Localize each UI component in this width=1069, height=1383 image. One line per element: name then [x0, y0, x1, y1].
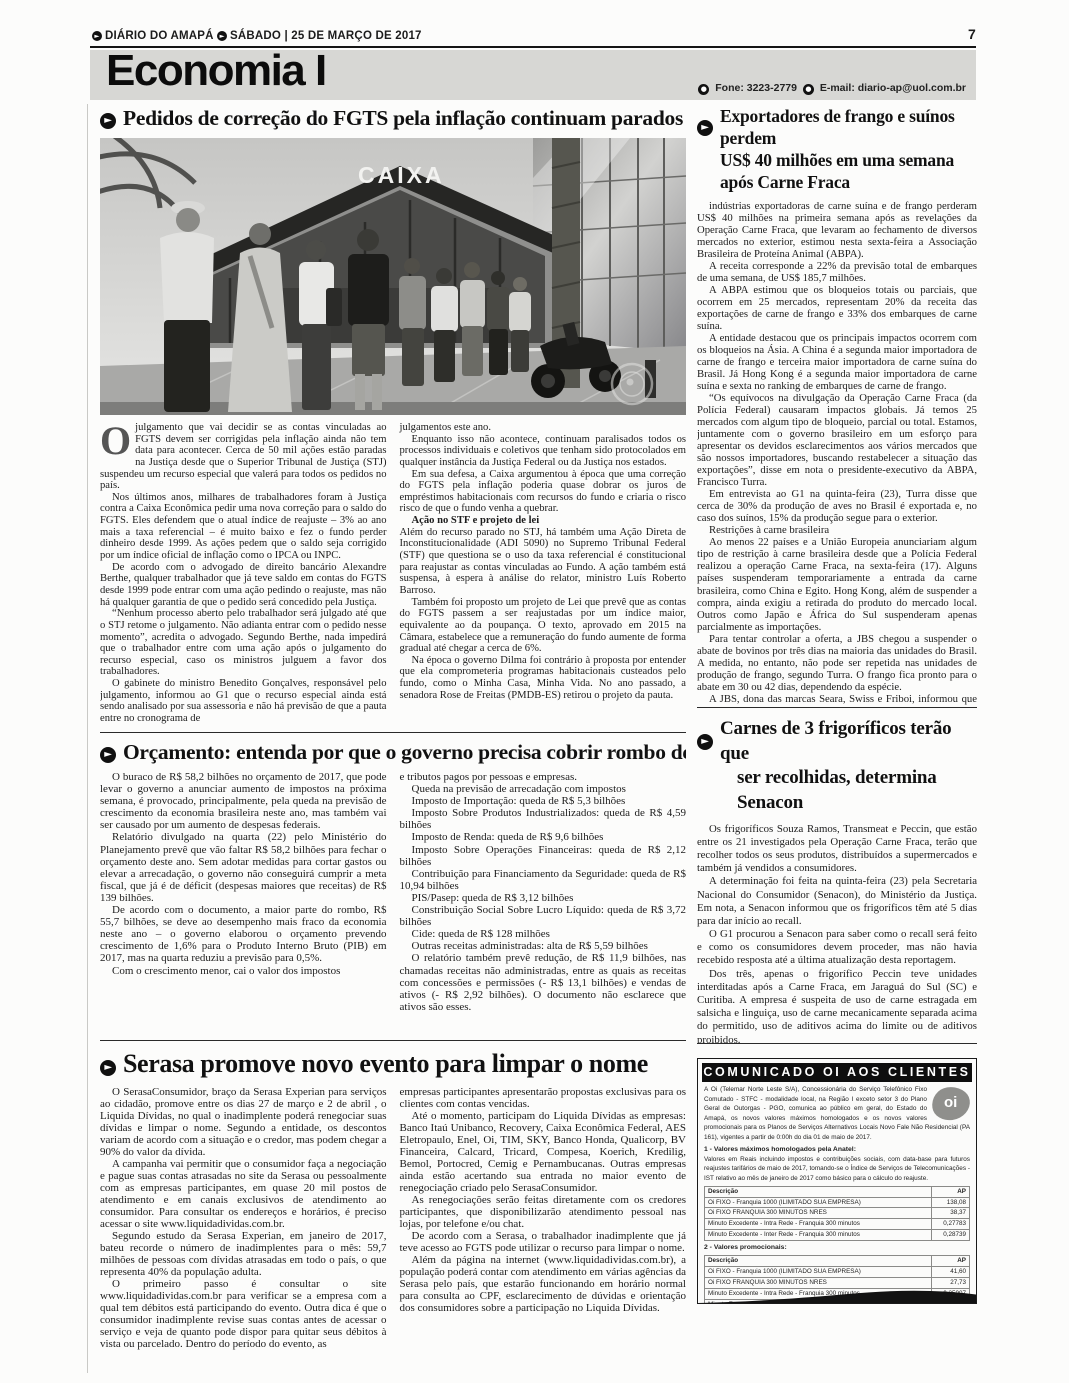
divider-rule [100, 1040, 686, 1041]
paragraph: Para tentar controlar a oferta, a JBS ch… [697, 633, 977, 693]
oi-advertisement: COMUNICADO OI AOS CLIENTES oi A Oi (Tele… [697, 1058, 977, 1304]
page-header: ►DIÁRIO DO AMAPÁ ►SÁBADO | 25 DE MARÇO D… [92, 26, 976, 42]
paragraph: Até o momento, participam do Liquida Dív… [400, 1110, 687, 1194]
table-row: Oi FIXO - Franquia 1000 (ILIMITADO SUA E… [705, 1197, 970, 1208]
phone-icon: ● [698, 84, 709, 95]
email-label: E-mail: [820, 82, 855, 94]
email-address: diario-ap@uol.com.br [858, 82, 966, 94]
paragraph: “Os equívocos na divulgação da Operação … [697, 392, 977, 488]
paragraph: Também foi proposto um projeto de Lei qu… [400, 597, 687, 655]
table-cell: 138,08 [932, 1197, 970, 1208]
table-cell: Oi FIXO FRANQUIA 300 MINUTOS NRES [705, 1277, 932, 1288]
paragraph: Nos últimos anos, milhares de trabalhado… [100, 492, 387, 562]
col-descricao: Descrição [705, 1186, 932, 1197]
paragraph: De acordo com a Serasa, o trabalhador in… [400, 1230, 687, 1254]
table-row: Minuto Excedente - Intra Rede - Franquia… [705, 1219, 970, 1230]
paragraph: Ao menos 22 países e a União Europeia an… [697, 536, 977, 632]
ad-section2-title: 2 - Valores promocionais: [704, 1243, 970, 1253]
paragraph: A determinação foi feita na quinta-feira… [697, 875, 977, 928]
paragraph: O buraco de R$ 58,2 bilhões no orçamento… [100, 771, 387, 831]
article-serasa-body: O SerasaConsumidor, braço da Serasa Expe… [100, 1086, 686, 1350]
ad-body: oi A Oi (Telemar Norte Leste S/A), Conce… [698, 1085, 976, 1304]
contact-line: ● Fone: 3223-2779 ● E-mail: diario-ap@uo… [695, 82, 966, 95]
article-orcamento-body: O buraco de R$ 58,2 bilhões no orçamento… [100, 771, 686, 1013]
paragraph: A JBS, dona das marcas Seara, Swiss e Fr… [697, 693, 977, 707]
paragraph: O gabinete do ministro Benedito Gonçalve… [100, 678, 387, 725]
phone-label: Fone: [715, 82, 744, 94]
table-cell: Oi FIXO - Franquia 1000 (ILIMITADO SUA E… [705, 1267, 932, 1278]
paragraph: julgamentos este ano. [400, 422, 687, 434]
section-title: Economia I [106, 46, 326, 96]
table-row: Oi FIXO FRANQUIA 300 MINUTOS NRES38,37 [705, 1208, 970, 1219]
ad-swoosh-decoration [698, 1289, 977, 1303]
arrow-circle-icon: ► [100, 747, 116, 763]
article-fgts: ►Pedidos de correção do FGTS pela inflaç… [100, 106, 686, 726]
sub-headline: Ação no STF e projeto de lei [400, 515, 687, 527]
paragraph: De acordo com o advogado de direito banc… [100, 562, 387, 609]
table-row: Oi FIXO FRANQUIA 300 MINUTOS NRES27,73 [705, 1277, 970, 1288]
paragraph: Imposto Sobre Produtos Industrializados:… [400, 807, 687, 831]
table-cell: 0,28739 [932, 1230, 970, 1241]
article-orcamento-headline: ►Orçamento: entenda por que o governo pr… [100, 740, 686, 765]
table-row: Oi FIXO - Franquia 1000 (ILIMITADO SUA E… [705, 1267, 970, 1278]
paragraph: O relatório também prevê redução, de R$ … [400, 952, 687, 1012]
paragraph: A receita corresponde a 22% da previsão … [697, 260, 977, 284]
drop-cap: O [100, 422, 135, 457]
paragraph: Relatório divulgado na quarta (22) pelo … [100, 831, 387, 904]
paragraph: Ojulgamento que vai decidir se as contas… [100, 422, 387, 492]
photo-caixa-sign: CAIXA [358, 162, 445, 188]
article-exportadores-body: indústrias exportadoras de carne suína e… [697, 200, 977, 708]
serasa-column-2: empresas participantes apresentarão prop… [400, 1086, 687, 1350]
table-cell: 41,60 [932, 1267, 970, 1278]
paragraph: O SerasaConsumidor, braço da Serasa Expe… [100, 1086, 387, 1158]
table-cell: Minuto Excedente - Inter Rede - Franquia… [705, 1230, 932, 1241]
article-senacon-headline: ►Carnes de 3 frigoríficos terão que ser … [697, 717, 977, 816]
paragraph: De acordo com o documento, a maior parte… [100, 904, 387, 964]
table-header-row: Descrição AP [705, 1186, 970, 1197]
paragraph: PIS/Pasep: queda de R$ 3,12 bilhões [400, 892, 687, 904]
article-photo-caixa-queue: CAIXA [100, 138, 686, 415]
paragraph: Segundo estudo da Serasa Experian, em ja… [100, 1230, 387, 1278]
arrow-circle-icon: ► [217, 31, 227, 41]
edition-date: SÁBADO | 25 DE MARÇO DE 2017 [230, 30, 422, 42]
paragraph: Na época o governo Dilma foi contrário à… [400, 655, 687, 702]
paragraph: Outras receitas administradas: alta de R… [400, 940, 687, 952]
fgts-column-2a: julgamentos este ano.Enquanto isso não a… [400, 422, 687, 515]
article-serasa: ►Serasa promove novo evento para limpar … [100, 1049, 686, 1379]
arrow-circle-icon: ► [100, 113, 116, 129]
article-senacon: ►Carnes de 3 frigoríficos terão que ser … [697, 708, 977, 1043]
paragraph: Além do recurso parado no STJ, há também… [400, 527, 687, 597]
fgts-column-1: Ojulgamento que vai decidir se as contas… [100, 422, 387, 725]
phone-number: 3223-2779 [747, 82, 797, 94]
paragraph: Imposto Sobre Operações Financeiras: que… [400, 844, 687, 868]
paragraph: Além da página na internet (www.liquidad… [400, 1254, 687, 1314]
serasa-column-1: O SerasaConsumidor, braço da Serasa Expe… [100, 1086, 387, 1350]
page-number: 7 [968, 26, 976, 42]
arrow-circle-icon: ► [697, 120, 713, 136]
fgts-column-2: julgamentos este ano.Enquanto isso não a… [400, 422, 687, 725]
article-serasa-headline: ►Serasa promove novo evento para limpar … [100, 1049, 686, 1079]
paragraph: Contribuição para Financiamento da Segur… [400, 868, 687, 892]
ad-section1-text: Valores em Reais incluindo impostos e co… [704, 1155, 970, 1184]
section-banner: Economia I ● Fone: 3223-2779 ● E-mail: d… [90, 50, 976, 100]
paragraph: empresas participantes apresentarão prop… [400, 1086, 687, 1110]
arrow-circle-icon: ► [697, 734, 713, 750]
col-ap: AP [932, 1256, 970, 1267]
divider-rule [100, 732, 686, 733]
paper-name: DIÁRIO DO AMAPÁ [105, 30, 214, 42]
paragraph: Constribuição Social Sobre Lucro Líquido… [400, 904, 687, 928]
col-ap: AP [932, 1186, 970, 1197]
ad-intro-text: A Oi (Telemar Norte Leste S/A), Concessi… [704, 1085, 970, 1143]
paragraph: Restrições à carne brasileira [697, 524, 977, 536]
orcamento-column-1: O buraco de R$ 58,2 bilhões no orçamento… [100, 771, 387, 1013]
paragraph: As renegociações serão feitas diretament… [400, 1194, 687, 1230]
paragraph: Em entrevista ao G1 na quinta-feira (23)… [697, 488, 977, 524]
table-cell: Oi FIXO FRANQUIA 300 MINUTOS NRES [705, 1208, 932, 1219]
paragraph: Os frigoríficos Souza Ramos, Transmeat e… [697, 823, 977, 876]
table-header-row: Descrição AP [705, 1256, 970, 1267]
table-cell: Oi FIXO - Franquia 1000 (ILIMITADO SUA E… [705, 1197, 932, 1208]
paragraph: indústrias exportadoras de carne suína e… [697, 200, 977, 260]
paragraph: Com o crescimento menor, cai o valor dos… [100, 965, 387, 977]
table-cell: 27,73 [932, 1277, 970, 1288]
newspaper-page: ►DIÁRIO DO AMAPÁ ►SÁBADO | 25 DE MARÇO D… [0, 0, 1069, 1383]
paragraph: A ABPA estimou que os bloqueios totais o… [697, 284, 977, 332]
paragraph: Cide: queda de R$ 128 milhões [400, 928, 687, 940]
left-column-region: ►Pedidos de correção do FGTS pela inflaç… [100, 106, 686, 1379]
arrow-circle-icon: ► [92, 31, 102, 41]
orcamento-column-2: e tributos pagos por pessoas e empresas.… [400, 771, 687, 1013]
paragraph: Em sua defesa, a Caixa argumentou à époc… [400, 469, 687, 516]
table-cell: 38,37 [932, 1208, 970, 1219]
col-descricao: Descrição [705, 1256, 932, 1267]
email-icon: ● [803, 84, 814, 95]
divider-rule [697, 1043, 977, 1044]
ad-section1-title: 1 - Valores máximos homologados pela Ana… [704, 1145, 970, 1155]
paragraph: O G1 procurou a Senacon para saber como … [697, 928, 977, 968]
paragraph: O primeiro passo é consultar o site www.… [100, 1278, 387, 1350]
paragraph: e tributos pagos por pessoas e empresas. [400, 771, 687, 783]
paragraph: Enquanto isso não acontece, continuam pa… [400, 434, 687, 469]
article-exportadores: ►Exportadores de frango e suínos perdem … [697, 106, 977, 707]
table-row: Minuto Excedente - Inter Rede - Franquia… [705, 1230, 970, 1241]
paragraph: “Nenhum processo aberto pelo trabalhador… [100, 608, 387, 678]
table-cell: Minuto Excedente - Intra Rede - Franquia… [705, 1219, 932, 1230]
masthead-line: ►DIÁRIO DO AMAPÁ ►SÁBADO | 25 DE MARÇO D… [92, 30, 422, 42]
paragraph: A entidade destacou que os principais im… [697, 332, 977, 392]
paragraph: Queda na previsão de arrecadação com imp… [400, 783, 687, 795]
article-senacon-body: Os frigoríficos Souza Ramos, Transmeat e… [697, 823, 977, 1043]
right-column-region: ►Exportadores de frango e suínos perdem … [697, 106, 977, 1304]
article-orcamento: ►Orçamento: entenda por que o governo pr… [100, 740, 686, 1035]
article-fgts-body: Ojulgamento que vai decidir se as contas… [100, 422, 686, 725]
ad-price-table-1: Descrição AP Oi FIXO - Franquia 1000 (IL… [704, 1186, 970, 1241]
article-exportadores-headline: ►Exportadores de frango e suínos perdem … [697, 106, 977, 194]
ad-title-bar: COMUNICADO OI AOS CLIENTES [702, 1063, 972, 1082]
fgts-column-2b: Além do recurso parado no STJ, há também… [400, 527, 687, 702]
paragraph: Dos três, apenas o frigorífico Peccin te… [697, 968, 977, 1043]
article-fgts-headline: ►Pedidos de correção do FGTS pela inflaç… [100, 106, 686, 131]
paragraph: Imposto de Renda: queda de R$ 9,6 bilhõe… [400, 831, 687, 843]
paragraph: Imposto de Importação: queda de R$ 5,3 b… [400, 795, 687, 807]
table-cell: 0,27783 [932, 1219, 970, 1230]
arrow-circle-icon: ► [100, 1060, 116, 1076]
paragraph: A campanha vai permitir que o consumidor… [100, 1158, 387, 1230]
